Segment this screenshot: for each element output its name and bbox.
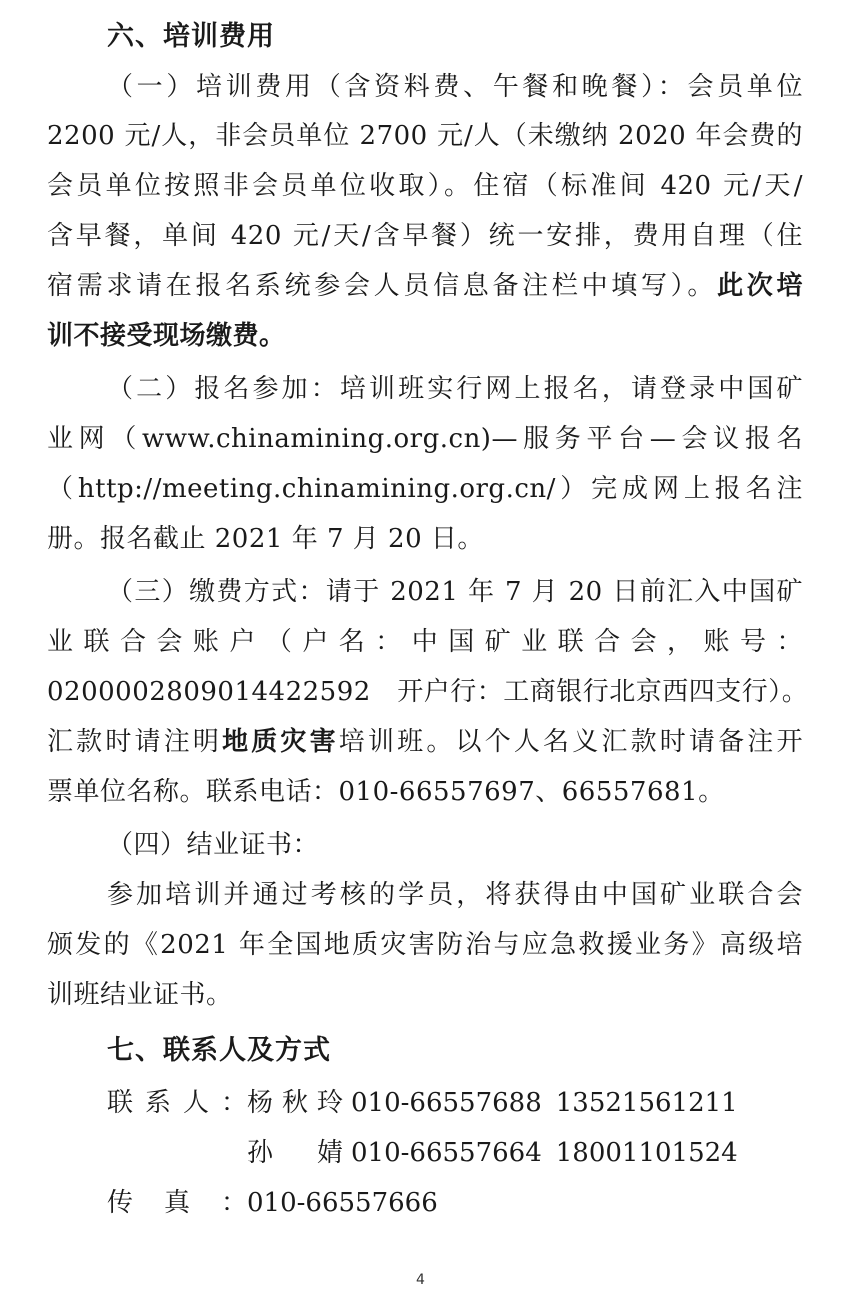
contact-phone: 010-66557688 — [351, 1088, 542, 1118]
contact-mobile: 13521561211 — [556, 1088, 738, 1118]
page-number: 4 — [416, 1272, 425, 1288]
paragraph-line-meeting-link: （http://meeting.chinamining.org.cn/）完成网上… — [47, 474, 803, 504]
paragraph-line: 汇款时请注明地质灾害培训班。以个人名义汇款时请备注开 — [47, 727, 803, 757]
paragraph-line: （二）报名参加：培训班实行网上报名，请登录中国矿 — [107, 374, 803, 404]
paragraph-line: 训班结业证书。 — [47, 980, 803, 1010]
paragraph-line: 参加培训并通过考核的学员，将获得由中国矿业联合会 — [107, 880, 803, 910]
text-normal: 汇款时请注明 — [47, 727, 222, 757]
subsection-title-certificate: （四）结业证书： — [107, 830, 803, 860]
contact-name: 孙婧 — [247, 1138, 343, 1168]
contact-phone: 010-66557664 — [351, 1138, 542, 1168]
contact-label: 联系人： — [107, 1088, 247, 1118]
contact-name: 杨秋玲 — [247, 1088, 343, 1118]
paragraph-line-account: 0200002809014422592 开户行：工商银行北京西四支行）。 — [47, 677, 803, 707]
bold-notice-line: 训不接受现场缴费。 — [47, 321, 803, 351]
contact-row: 联系人：杨秋玲010-6655768813521561211 — [107, 1088, 752, 1118]
text-normal: 培训班。以个人名义汇款时请备注开 — [339, 727, 803, 757]
section-heading-contacts: 七、联系人及方式 — [107, 1036, 331, 1066]
fax-number: 010-66557666 — [247, 1188, 438, 1218]
contact-row: 孙婧010-6655766418001101524 — [107, 1138, 752, 1168]
text-normal: 宿需求请在报名系统参会人员信息备注栏中填写）。 — [47, 271, 717, 301]
paragraph-line-phone: 票单位名称。联系电话：010-66557697、66557681。 — [47, 777, 803, 807]
section-heading-training-fees: 六、培训费用 — [107, 22, 275, 52]
document-page: 六、培训费用 （一）培训费用（含资料费、午餐和晚餐）：会员单位 2200 元/人… — [0, 0, 850, 1305]
paragraph-line: （一）培训费用（含资料费、午餐和晚餐）：会员单位 — [107, 72, 803, 102]
paragraph-line: 会员单位按照非会员单位收取）。住宿（标准间 420 元/天/ — [47, 171, 803, 201]
contact-mobile: 18001101524 — [556, 1138, 738, 1168]
fax-row: 传真：010-66557666 — [107, 1188, 438, 1218]
paragraph-line: 业联合会账户（户名：中国矿业联合会，账号： — [47, 627, 803, 657]
paragraph-line-website-link: 业网（www.chinamining.org.cn)—服务平台—会议报名 — [47, 424, 803, 454]
paragraph-line: 颁发的《2021 年全国地质灾害防治与应急救援业务》高级培 — [47, 930, 803, 960]
text-bold-geohazard: 地质灾害 — [222, 727, 339, 757]
paragraph-line: 宿需求请在报名系统参会人员信息备注栏中填写）。此次培 — [47, 271, 803, 301]
text-bold-notice: 此次培 — [717, 271, 803, 301]
paragraph-line: （三）缴费方式：请于 2021 年 7 月 20 日前汇入中国矿 — [107, 577, 803, 607]
paragraph-line: 2200 元/人，非会员单位 2700 元/人（未缴纳 2020 年会费的 — [47, 121, 803, 151]
paragraph-line: 含早餐，单间 420 元/天/含早餐）统一安排，费用自理（住 — [47, 221, 803, 251]
fax-label: 传真： — [107, 1188, 247, 1218]
paragraph-line: 册。报名截止 2021 年 7 月 20 日。 — [47, 524, 803, 554]
